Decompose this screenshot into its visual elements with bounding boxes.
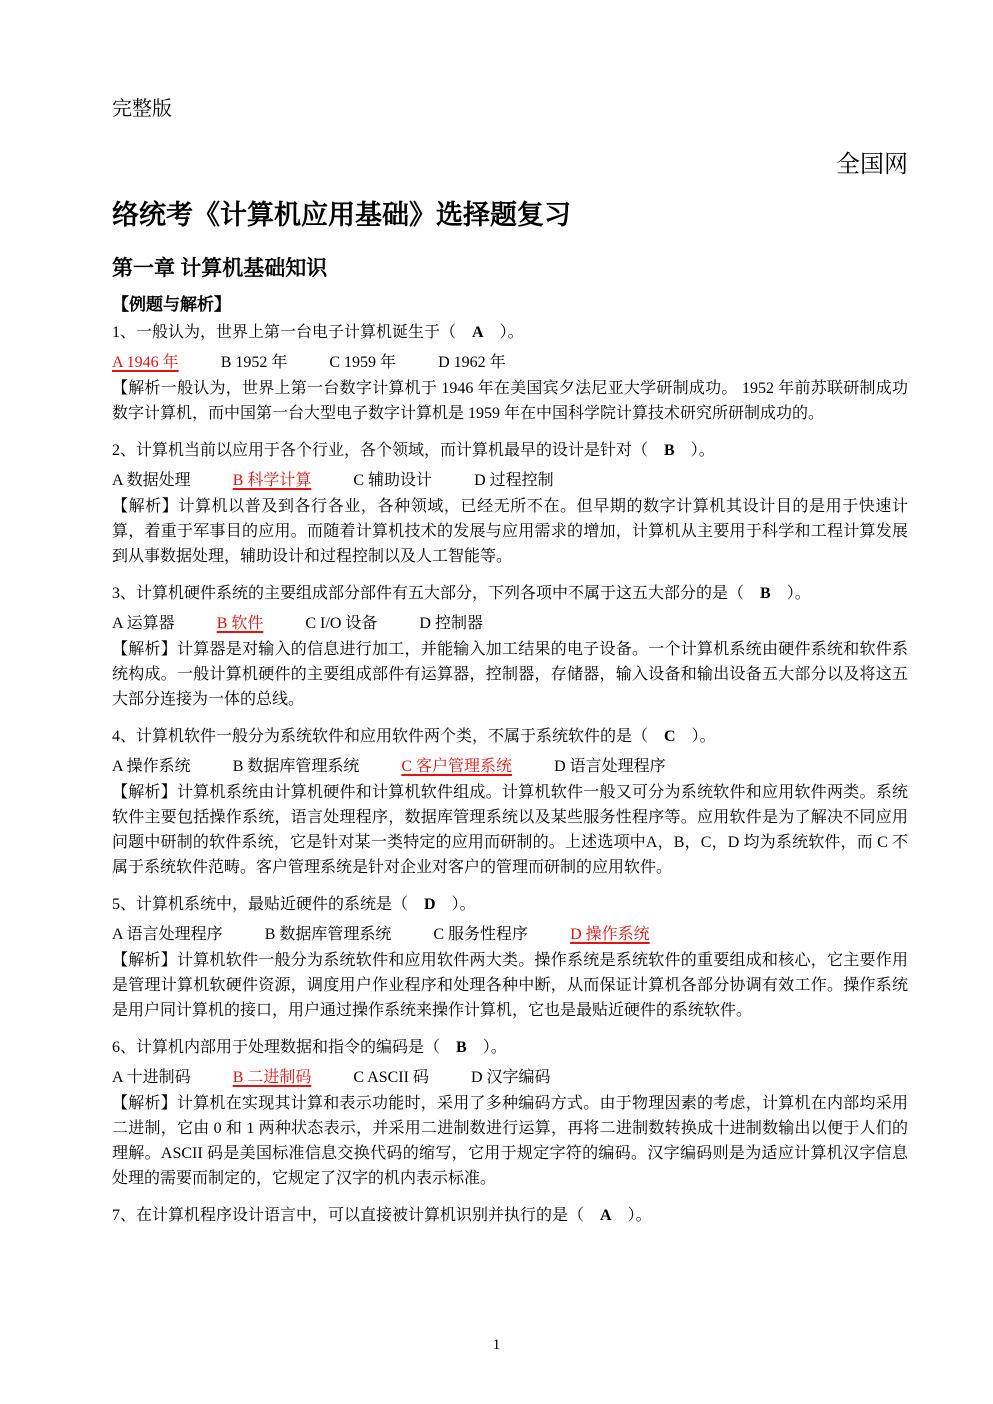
stem-tail: ）。 [612, 1207, 652, 1224]
question-stem: 1、一般认为，世界上第一台电子计算机诞生于（ A ）。 [112, 320, 908, 346]
option-c: C 1959 年 [329, 354, 396, 371]
answer-letter: C [664, 728, 676, 745]
explanation-text: 【解析】计算器是对输入的信息进行加工，并能输入加工结果的电子设备。一个计算机系统… [112, 637, 908, 712]
stem-text: 7、在计算机程序设计语言中，可以直接被计算机识别并执行的是（ [112, 1207, 600, 1224]
option-b: B 软件 [217, 615, 264, 632]
option-c: C 客户管理系统 [401, 758, 512, 775]
document-page: 完整版 全国网 络统考《计算机应用基础》选择题复习 第一章 计算机基础知识 【例… [0, 0, 993, 1229]
page-number: 1 [0, 1337, 993, 1354]
header-left-text: 完整版 [112, 96, 908, 122]
stem-text: 5、计算机系统中，最贴近硬件的系统是（ [112, 896, 424, 913]
stem-text: 3、计算机硬件系统的主要组成部分部件有五大部分，下列各项中不属于这五大部分的是（ [112, 585, 760, 602]
question-1: 1、一般认为，世界上第一台电子计算机诞生于（ A ）。 A 1946 年B 19… [112, 320, 908, 426]
option-b: B 数据库管理系统 [265, 926, 392, 943]
options-row: A 数据处理B 科学计算C 辅助设计D 过程控制 [112, 468, 908, 494]
option-a: A 操作系统 [112, 758, 191, 775]
option-a: A 运算器 [112, 615, 175, 632]
question-4: 4、计算机软件一般分为系统软件和应用软件两个类，不属于系统软件的是（ C ）。 … [112, 724, 908, 880]
option-b: B 科学计算 [233, 472, 312, 489]
stem-tail: ）。 [467, 1039, 507, 1056]
question-6: 6、计算机内部用于处理数据和指令的编码是（ B ）。 A 十进制码B 二进制码C… [112, 1035, 908, 1191]
chapter-heading: 第一章 计算机基础知识 [112, 253, 908, 283]
question-stem: 3、计算机硬件系统的主要组成部分部件有五大部分，下列各项中不属于这五大部分的是（… [112, 581, 908, 607]
option-d: D 语言处理程序 [554, 758, 666, 775]
options-row: A 十进制码B 二进制码C ASCII 码D 汉字编码 [112, 1065, 908, 1091]
answer-letter: B [664, 442, 675, 459]
option-d: D 汉字编码 [471, 1069, 551, 1086]
option-c: C ASCII 码 [353, 1069, 429, 1086]
option-b: B 二进制码 [233, 1069, 312, 1086]
section-heading: 【例题与解析】 [112, 292, 908, 318]
option-a: A 1946 年 [112, 354, 179, 371]
option-d: D 操作系统 [570, 926, 650, 943]
option-a: A 语言处理程序 [112, 926, 223, 943]
option-b: B 数据库管理系统 [233, 758, 360, 775]
stem-tail: ）。 [675, 442, 715, 459]
option-d: D 过程控制 [474, 472, 554, 489]
option-b: B 1952 年 [221, 354, 288, 371]
question-stem: 4、计算机软件一般分为系统软件和应用软件两个类，不属于系统软件的是（ C ）。 [112, 724, 908, 750]
question-stem: 5、计算机系统中，最贴近硬件的系统是（ D ）。 [112, 892, 908, 918]
question-2: 2、计算机当前以应用于各个行业，各个领域，而计算机最早的设计是针对（ B ）。 … [112, 438, 908, 569]
answer-letter: D [424, 896, 436, 913]
answer-letter: A [600, 1207, 612, 1224]
stem-text: 6、计算机内部用于处理数据和指令的编码是（ [112, 1039, 456, 1056]
option-c: C 服务性程序 [433, 926, 528, 943]
stem-tail: ）。 [771, 585, 811, 602]
options-row: A 语言处理程序B 数据库管理系统C 服务性程序D 操作系统 [112, 922, 908, 948]
options-row: A 1946 年B 1952 年C 1959 年D 1962 年 [112, 350, 908, 376]
stem-tail: ）。 [484, 324, 524, 341]
options-row: A 运算器B 软件C I/O 设备D 控制器 [112, 611, 908, 637]
question-3: 3、计算机硬件系统的主要组成部分部件有五大部分，下列各项中不属于这五大部分的是（… [112, 581, 908, 712]
question-5: 5、计算机系统中，最贴近硬件的系统是（ D ）。 A 语言处理程序B 数据库管理… [112, 892, 908, 1023]
options-row: A 操作系统B 数据库管理系统C 客户管理系统D 语言处理程序 [112, 754, 908, 780]
stem-text: 1、一般认为，世界上第一台电子计算机诞生于（ [112, 324, 472, 341]
stem-text: 2、计算机当前以应用于各个行业，各个领域，而计算机最早的设计是针对（ [112, 442, 664, 459]
answer-letter: B [760, 585, 771, 602]
option-a: A 十进制码 [112, 1069, 191, 1086]
option-c: C 辅助设计 [353, 472, 432, 489]
answer-letter: B [456, 1039, 467, 1056]
question-7: 7、在计算机程序设计语言中，可以直接被计算机识别并执行的是（ A ）。 [112, 1203, 908, 1229]
question-stem: 2、计算机当前以应用于各个行业，各个领域，而计算机最早的设计是针对（ B ）。 [112, 438, 908, 464]
answer-letter: A [472, 324, 484, 341]
stem-text: 4、计算机软件一般分为系统软件和应用软件两个类，不属于系统软件的是（ [112, 728, 664, 745]
explanation-text: 【解析】计算机软件一般分为系统软件和应用软件两大类。操作系统是系统软件的重要组成… [112, 948, 908, 1023]
explanation-text: 【解析】计算机系统由计算机硬件和计算机软件组成。计算机软件一般又可分为系统软件和… [112, 780, 908, 880]
document-title: 络统考《计算机应用基础》选择题复习 [112, 195, 908, 235]
stem-tail: ）。 [436, 896, 476, 913]
option-c: C I/O 设备 [305, 615, 377, 632]
explanation-text: 【解析】计算机在实现其计算和表示功能时，采用了多种编码方式。由于物理因素的考虑，… [112, 1091, 908, 1191]
explanation-text: 【解析一般认为，世界上第一台数字计算机于 1946 年在美国宾夕法尼亚大学研制成… [112, 376, 908, 426]
explanation-text: 【解析】计算机以普及到各行各业，各种领域，已经无所不在。但早期的数字计算机其设计… [112, 494, 908, 569]
option-d: D 控制器 [419, 615, 483, 632]
header-right-text: 全国网 [112, 150, 908, 181]
stem-tail: ）。 [676, 728, 716, 745]
question-stem: 7、在计算机程序设计语言中，可以直接被计算机识别并执行的是（ A ）。 [112, 1203, 908, 1229]
question-stem: 6、计算机内部用于处理数据和指令的编码是（ B ）。 [112, 1035, 908, 1061]
option-d: D 1962 年 [438, 354, 506, 371]
option-a: A 数据处理 [112, 472, 191, 489]
